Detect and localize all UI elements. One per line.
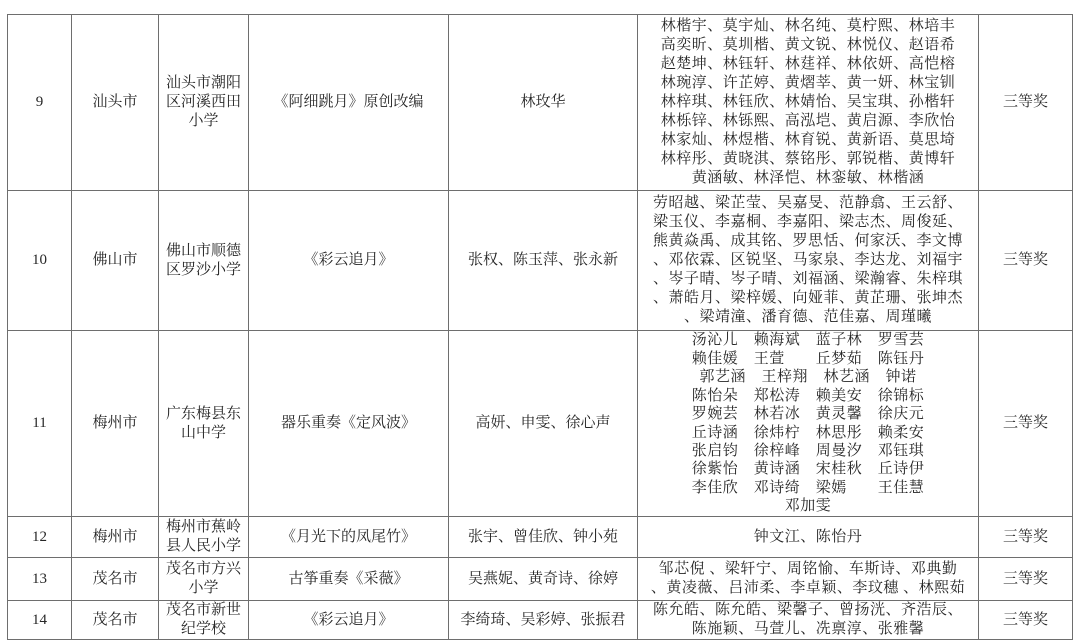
cell-instructors: 李绮琦、吴彩婷、张振君 xyxy=(449,601,638,640)
award-table: 9 汕头市 汕头市潮阳 区河溪西田 小学 《阿细跳月》原创改编 林玫华 林楷宇、… xyxy=(7,14,1073,640)
cell-num: 11 xyxy=(8,331,72,517)
cell-award: 三等奖 xyxy=(979,15,1073,191)
table-row: 14 茂名市 茂名市新世 纪学校 《彩云追月》 李绮琦、吴彩婷、张振君 陈允皓、… xyxy=(8,601,1073,640)
cell-award: 三等奖 xyxy=(979,601,1073,640)
cell-num: 9 xyxy=(8,15,72,191)
cell-city: 梅州市 xyxy=(72,517,159,558)
cell-school: 梅州市蕉岭 县人民小学 xyxy=(159,517,249,558)
cell-city: 汕头市 xyxy=(72,15,159,191)
cell-num: 14 xyxy=(8,601,72,640)
cell-school: 广东梅县东 山中学 xyxy=(159,331,249,517)
cell-title: 《月光下的凤尾竹》 xyxy=(249,517,449,558)
cell-title: 器乐重奏《定风波》 xyxy=(249,331,449,517)
table-row: 10 佛山市 佛山市顺德 区罗沙小学 《彩云追月》 张权、陈玉萍、张永新 劳昭越… xyxy=(8,191,1073,331)
cell-students: 钟文江、陈怡丹 xyxy=(638,517,979,558)
cell-num: 10 xyxy=(8,191,72,331)
cell-title: 《阿细跳月》原创改编 xyxy=(249,15,449,191)
cell-award: 三等奖 xyxy=(979,517,1073,558)
cell-num: 12 xyxy=(8,517,72,558)
cell-city: 梅州市 xyxy=(72,331,159,517)
cell-instructors: 林玫华 xyxy=(449,15,638,191)
cell-instructors: 张权、陈玉萍、张永新 xyxy=(449,191,638,331)
cell-school: 茂名市方兴 小学 xyxy=(159,558,249,601)
cell-award: 三等奖 xyxy=(979,331,1073,517)
cell-instructors: 高妍、申雯、徐心声 xyxy=(449,331,638,517)
cell-city: 茂名市 xyxy=(72,601,159,640)
cell-city: 茂名市 xyxy=(72,558,159,601)
table-row: 12 梅州市 梅州市蕉岭 县人民小学 《月光下的凤尾竹》 张宇、曾佳欣、钟小苑 … xyxy=(8,517,1073,558)
table-row: 11 梅州市 广东梅县东 山中学 器乐重奏《定风波》 高妍、申雯、徐心声 汤沁儿… xyxy=(8,331,1073,517)
cell-school: 佛山市顺德 区罗沙小学 xyxy=(159,191,249,331)
cell-school: 汕头市潮阳 区河溪西田 小学 xyxy=(159,15,249,191)
cell-city: 佛山市 xyxy=(72,191,159,331)
cell-award: 三等奖 xyxy=(979,558,1073,601)
cell-students: 林楷宇、莫宇灿、林名纯、莫柠熙、林培丰 高奕昕、莫圳楷、黄文锐、林悦仪、赵语希 … xyxy=(638,15,979,191)
cell-students: 劳昭越、梁芷莹、吴嘉旻、范静翕、王云舒、 梁玉仪、李嘉桐、李嘉阳、梁志杰、周俊延… xyxy=(638,191,979,331)
cell-students: 陈允皓、陈允皓、梁馨子、曾扬洸、齐浩辰、 陈施颖、马萱儿、冼禀淳、张雅馨 xyxy=(638,601,979,640)
table-row: 9 汕头市 汕头市潮阳 区河溪西田 小学 《阿细跳月》原创改编 林玫华 林楷宇、… xyxy=(8,15,1073,191)
table-row: 13 茂名市 茂名市方兴 小学 古筝重奏《采薇》 吴燕妮、黄奇诗、徐婷 邹芯倪 … xyxy=(8,558,1073,601)
cell-instructors: 吴燕妮、黄奇诗、徐婷 xyxy=(449,558,638,601)
cell-title: 《彩云追月》 xyxy=(249,601,449,640)
cell-title: 古筝重奏《采薇》 xyxy=(249,558,449,601)
cell-students: 汤沁儿 赖海斌 蓝子林 罗雪芸 赖佳媛 王萱 丘梦茹 陈钰丹 郭艺涵 王梓翔 林… xyxy=(638,331,979,517)
cell-num: 13 xyxy=(8,558,72,601)
cell-students: 邹芯倪 、梁轩宁、周铭愉、车斯诗、邓典勤 、黄凌薇、吕沛柔、李卓颖、李玟穗 、林… xyxy=(638,558,979,601)
cell-title: 《彩云追月》 xyxy=(249,191,449,331)
cell-school: 茂名市新世 纪学校 xyxy=(159,601,249,640)
document-page: 9 汕头市 汕头市潮阳 区河溪西田 小学 《阿细跳月》原创改编 林玫华 林楷宇、… xyxy=(0,0,1080,641)
cell-instructors: 张宇、曾佳欣、钟小苑 xyxy=(449,517,638,558)
cell-award: 三等奖 xyxy=(979,191,1073,331)
